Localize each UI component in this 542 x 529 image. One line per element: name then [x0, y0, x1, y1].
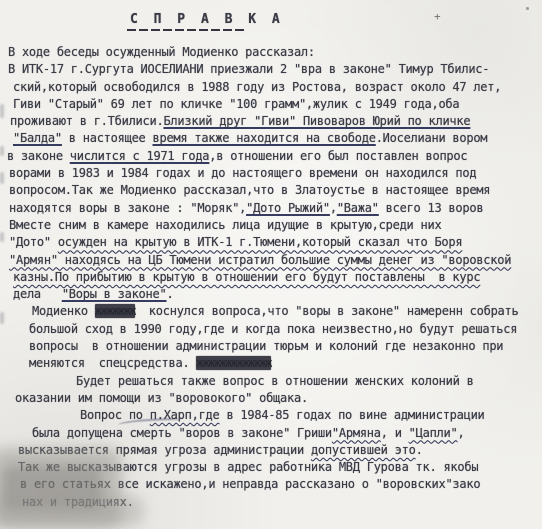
scan-speck — [526, 7, 529, 10]
document-line: была допущена смерть "воров в законе" Гр… — [32, 425, 542, 442]
text-segment: Будет решаться также вопрос в отношении … — [76, 374, 474, 388]
document-line: находятся воры в законе : "Моряк","Дото … — [9, 200, 542, 217]
document-line: оказании им помощи из "воровокого" общак… — [15, 390, 542, 407]
scan-edge-mark — [0, 312, 4, 324]
document-line: "Армян" находясь на ЦБ Тюмени истратил б… — [9, 252, 542, 269]
text-segment: казны.По прибытию в крытую в отношении е… — [13, 270, 480, 284]
text-segment: находятся воры в законе : "Моряк", — [9, 201, 246, 215]
document-page: + С П Р А В К А В ходе беседы осужденный… — [0, 0, 542, 529]
text-segment: Вместе сним в камере находились лица иду… — [9, 218, 441, 232]
text-segment: оказании им помощи из "воровокого" общак… — [15, 391, 308, 405]
text-segment: Близкий друг "Гиви" Пивоваров Юрий по кл… — [163, 114, 470, 128]
document-line: Гиви "Старый" 69 лет по кличке "100 грам… — [13, 96, 542, 113]
text-segment: В ИТК-17 г.Сургута ИОСЕЛИАНИ приезжали 2… — [8, 62, 489, 76]
text-segment: "Армян" находясь на ЦБ Тюмени истратил б… — [9, 253, 511, 267]
text-segment: ворами в 1983 и 1984 годах и до настояще… — [9, 166, 476, 180]
document-title: С П Р А В К А — [130, 12, 542, 27]
text-segment: была допущена смерть "воров в законе" Гр… — [32, 426, 332, 440]
document-line: Вместе сним в камере находились лица иду… — [9, 217, 542, 234]
document-line: большой сход в 1990 году,где и когда пок… — [29, 321, 542, 338]
document-body: В ходе беседы осужденный Модиенко расска… — [0, 44, 542, 511]
text-segment: время также находится на свободе — [153, 131, 376, 145]
text-segment: проживают в г.Тбилиси. — [10, 114, 163, 128]
document-line: казны.По прибытию в крытую в отношении е… — [13, 269, 542, 286]
text-segment: числится с 1971 года — [70, 149, 210, 163]
text-segment: "Дото" — [9, 235, 58, 249]
text-segment: , — [330, 201, 337, 215]
document-line: вопросом.Так же Модиенко рассказал,что в… — [9, 182, 542, 199]
text-segment: , — [457, 426, 464, 440]
text-segment: меняются спецсредства. — [29, 356, 196, 370]
scan-edge-mark — [0, 172, 4, 184]
text-segment: осужден на крытую в ИТК-1 г.Тюмени,котор… — [58, 235, 463, 249]
text-segment: . — [416, 443, 423, 457]
text-segment: в 1984-85 годах по вине администрации — [220, 408, 485, 422]
pen-plus-mark: + — [434, 10, 441, 23]
text-segment: . — [166, 287, 173, 301]
text-segment: "Дото Рыжий" — [246, 201, 330, 215]
document-line: В ИТК-17 г.Сургута ИОСЕЛИАНИ приезжали 2… — [8, 61, 542, 78]
document-line: "Дото" осужден на крытую в ИТК-1 г.Тюмен… — [9, 234, 542, 251]
text-segment: ,в отношении его был поставлен вопрос — [209, 149, 467, 163]
text-segment: Гиви "Старый" 69 лет по кличке "100 грам… — [13, 97, 459, 111]
document-line: В ходе беседы осужденный Модиенко расска… — [8, 44, 542, 61]
text-segment: в настоящее — [62, 131, 153, 145]
document-line: вопросы в отношении администрации тюрьм … — [29, 338, 542, 355]
text-segment: "Воры в законе" — [62, 287, 167, 301]
text-segment: "Важа" — [337, 201, 379, 215]
title-underline — [127, 29, 245, 31]
text-segment: Модиенко — [32, 304, 95, 318]
document-line: проживают в г.Тбилиси.Близкий друг "Гиви… — [10, 113, 542, 130]
text-segment: "Балда" — [13, 131, 62, 145]
document-line: "Балда" в настоящее время также находитс… — [13, 130, 542, 147]
document-line: в законе числится с 1971 года,в отношени… — [7, 148, 542, 165]
text-segment: "Цапли" — [409, 426, 458, 440]
document-line: Будет решаться также вопрос в отношении … — [76, 373, 542, 390]
scan-edge-mark — [0, 146, 4, 156]
text-segment: вопросы в отношении администрации тюрьм … — [29, 339, 503, 353]
text-segment: большой сход в 1990 году,где и когда пок… — [29, 322, 517, 336]
document-line: меняются спецсредства. жжжжжжжжжжжжж — [29, 355, 542, 372]
text-segment: .Иоселиани вором — [376, 131, 488, 145]
document-line: Модиенко жжжжжжж коснулся вопроса,что "в… — [32, 303, 542, 320]
censored-block: жжжжжжж — [95, 304, 135, 318]
document-line: дела "Воры в законе". — [13, 286, 542, 303]
text-segment: , и — [381, 426, 409, 440]
scan-edge-mark — [0, 232, 4, 242]
text-segment: В ходе беседы осужденный Модиенко расска… — [8, 45, 315, 59]
text-segment: дела — [13, 287, 62, 301]
document-line: ский,который освободился в 1988 году из … — [13, 79, 542, 96]
scan-edge-mark — [0, 104, 4, 118]
document-line: ворами в 1983 и 1984 годах и до настояще… — [9, 165, 542, 182]
corner-smudge — [0, 496, 144, 526]
text-segment: ский,который освободился в 1988 году из … — [13, 80, 501, 94]
text-segment: "Армяна — [332, 426, 381, 440]
text-segment: коснулся вопроса,что "воры в законе" нам… — [135, 304, 519, 318]
text-segment: в законе — [7, 149, 70, 163]
text-segment: вопросом.Так же Модиенко рассказал,что в… — [9, 183, 490, 197]
text-segment: допустившей это — [311, 443, 416, 457]
censored-block: жжжжжжжжжжжжж — [196, 356, 270, 370]
text-segment: всего 13 воров — [379, 201, 484, 215]
